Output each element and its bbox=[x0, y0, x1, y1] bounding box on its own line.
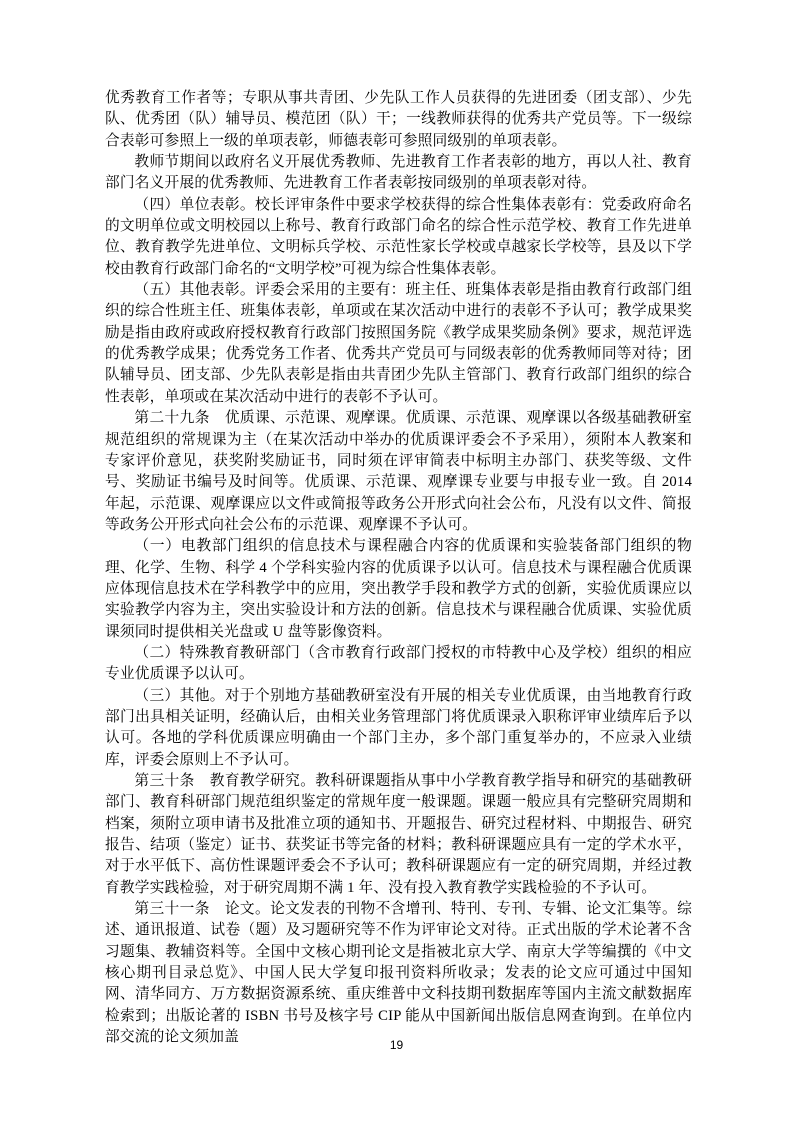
paragraph-article-31-papers: 第三十一条 论文。论文发表的刊物不含增刊、特刊、专刊、专辑、论文汇集等。综述、通… bbox=[105, 899, 692, 1048]
paragraph-item-4-unit-commendation: （四）单位表彰。校长评审条件中要求学校获得的综合性集体表彰有：党委政府命名的文明… bbox=[105, 195, 692, 280]
paragraph-article-29-quality-lessons: 第二十九条 优质课、示范课、观摩课。优质课、示范课、观摩课以各级基础教研室规范组… bbox=[105, 408, 692, 536]
paragraph-item-1-etech-lessons: （一）电教部门组织的信息技术与课程融合内容的优质课和实验装备部门组织的物理、化学… bbox=[105, 536, 692, 643]
document-body: 优秀教育工作者等；专职从事共青团、少先队工作人员获得的先进团委（团支部）、少先队… bbox=[105, 88, 692, 1048]
paragraph-teachers-day: 教师节期间以政府名义开展优秀教师、先进教育工作者表彰的地方，再以人社、教育部门名… bbox=[105, 152, 692, 195]
document-page: 优秀教育工作者等；专职从事共青团、少先队工作人员获得的先进团委（团支部）、少先队… bbox=[0, 0, 793, 1122]
paragraph-item-5-other-commendation: （五）其他表彰。评委会采用的主要有：班主任、班集体表彰是指由教育行政部门组织的综… bbox=[105, 280, 692, 408]
paragraph-continuation: 优秀教育工作者等；专职从事共青团、少先队工作人员获得的先进团委（团支部）、少先队… bbox=[105, 88, 692, 152]
paragraph-item-3-other: （三）其他。对于个别地方基础教研室没有开展的相关专业优质课，由当地教育行政部门出… bbox=[105, 686, 692, 771]
page-number: 19 bbox=[0, 1038, 793, 1052]
paragraph-item-2-special-education: （二）特殊教育教研部门（含市教育行政部门授权的市特教中心及学校）组织的相应专业优… bbox=[105, 643, 692, 686]
paragraph-article-30-research: 第三十条 教育教学研究。教科研课题指从事中小学教育教学指导和研究的基础教研部门、… bbox=[105, 771, 692, 899]
